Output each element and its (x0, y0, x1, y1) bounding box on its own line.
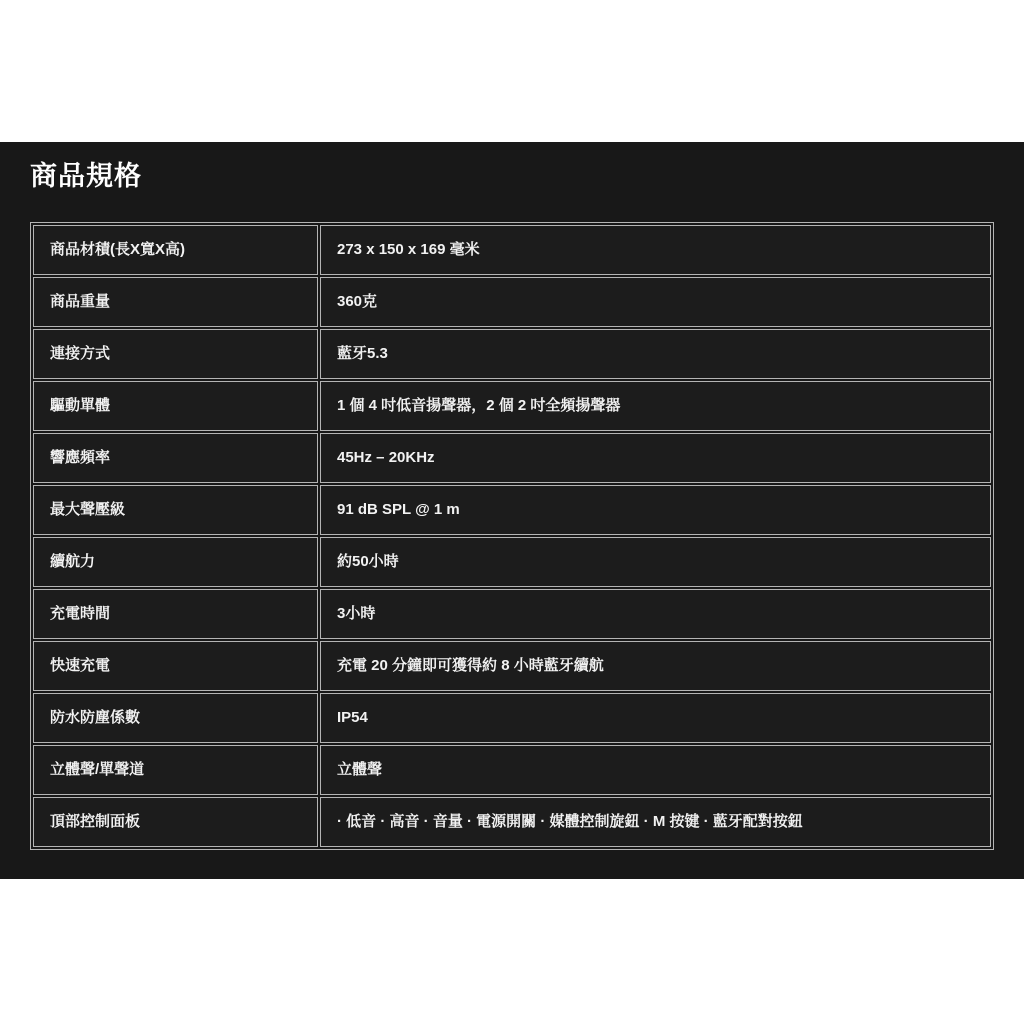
spec-label-cell: 立體聲/單聲道 (33, 745, 318, 795)
spec-value-cell: 273 x 150 x 169 毫米 (320, 225, 991, 275)
spec-row-connection: 連接方式 藍牙5.3 (33, 329, 991, 379)
spec-label-cell: 驅動單體 (33, 381, 318, 431)
spec-table: 商品材積(長X寬X高) 273 x 150 x 169 毫米 商品重量 360克… (30, 222, 994, 850)
spec-value-cell: 藍牙5.3 (320, 329, 991, 379)
spec-row-dimensions: 商品材積(長X寬X高) 273 x 150 x 169 毫米 (33, 225, 991, 275)
spec-row-top-control-panel: 頂部控制面板 · 低音 · 高音 · 音量 · 電源開關 · 媒體控制旋鈕 · … (33, 797, 991, 847)
spec-value-cell: 360克 (320, 277, 991, 327)
spec-label-cell: 快速充電 (33, 641, 318, 691)
spec-row-stereo-mono: 立體聲/單聲道 立體聲 (33, 745, 991, 795)
spec-value-cell: 充電 20 分鐘即可獲得約 8 小時藍牙續航 (320, 641, 991, 691)
spec-row-ip-rating: 防水防塵係數 IP54 (33, 693, 991, 743)
spec-label-cell: 商品重量 (33, 277, 318, 327)
spec-label-cell: 響應頻率 (33, 433, 318, 483)
spec-value-cell: 45Hz – 20KHz (320, 433, 991, 483)
spec-label-cell: 充電時間 (33, 589, 318, 639)
spec-row-battery-life: 續航力 約50小時 (33, 537, 991, 587)
spec-label-cell: 最大聲壓級 (33, 485, 318, 535)
spec-label-cell: 商品材積(長X寬X高) (33, 225, 318, 275)
spec-label-cell: 續航力 (33, 537, 318, 587)
spec-label-cell: 防水防塵係數 (33, 693, 318, 743)
spec-label-cell: 連接方式 (33, 329, 318, 379)
spec-row-max-spl: 最大聲壓級 91 dB SPL @ 1 m (33, 485, 991, 535)
spec-row-frequency-response: 響應頻率 45Hz – 20KHz (33, 433, 991, 483)
spec-value-cell: 立體聲 (320, 745, 991, 795)
spec-value-cell: IP54 (320, 693, 991, 743)
spec-row-charge-time: 充電時間 3小時 (33, 589, 991, 639)
spec-value-cell: 1 個 4 吋低音揚聲器，2 個 2 吋全頻揚聲器 (320, 381, 991, 431)
spec-value-cell: 3小時 (320, 589, 991, 639)
spec-row-drivers: 驅動單體 1 個 4 吋低音揚聲器，2 個 2 吋全頻揚聲器 (33, 381, 991, 431)
spec-label-cell: 頂部控制面板 (33, 797, 318, 847)
page-title: 商品規格 (30, 158, 994, 194)
spec-value-cell: 91 dB SPL @ 1 m (320, 485, 991, 535)
spec-value-cell: · 低音 · 高音 · 音量 · 電源開關 · 媒體控制旋鈕 · M 按键 · … (320, 797, 991, 847)
spec-value-cell: 約50小時 (320, 537, 991, 587)
spec-row-weight: 商品重量 360克 (33, 277, 991, 327)
spec-row-quick-charge: 快速充電 充電 20 分鐘即可獲得約 8 小時藍牙續航 (33, 641, 991, 691)
spec-section: 商品規格 商品材積(長X寬X高) 273 x 150 x 169 毫米 商品重量… (0, 142, 1024, 879)
